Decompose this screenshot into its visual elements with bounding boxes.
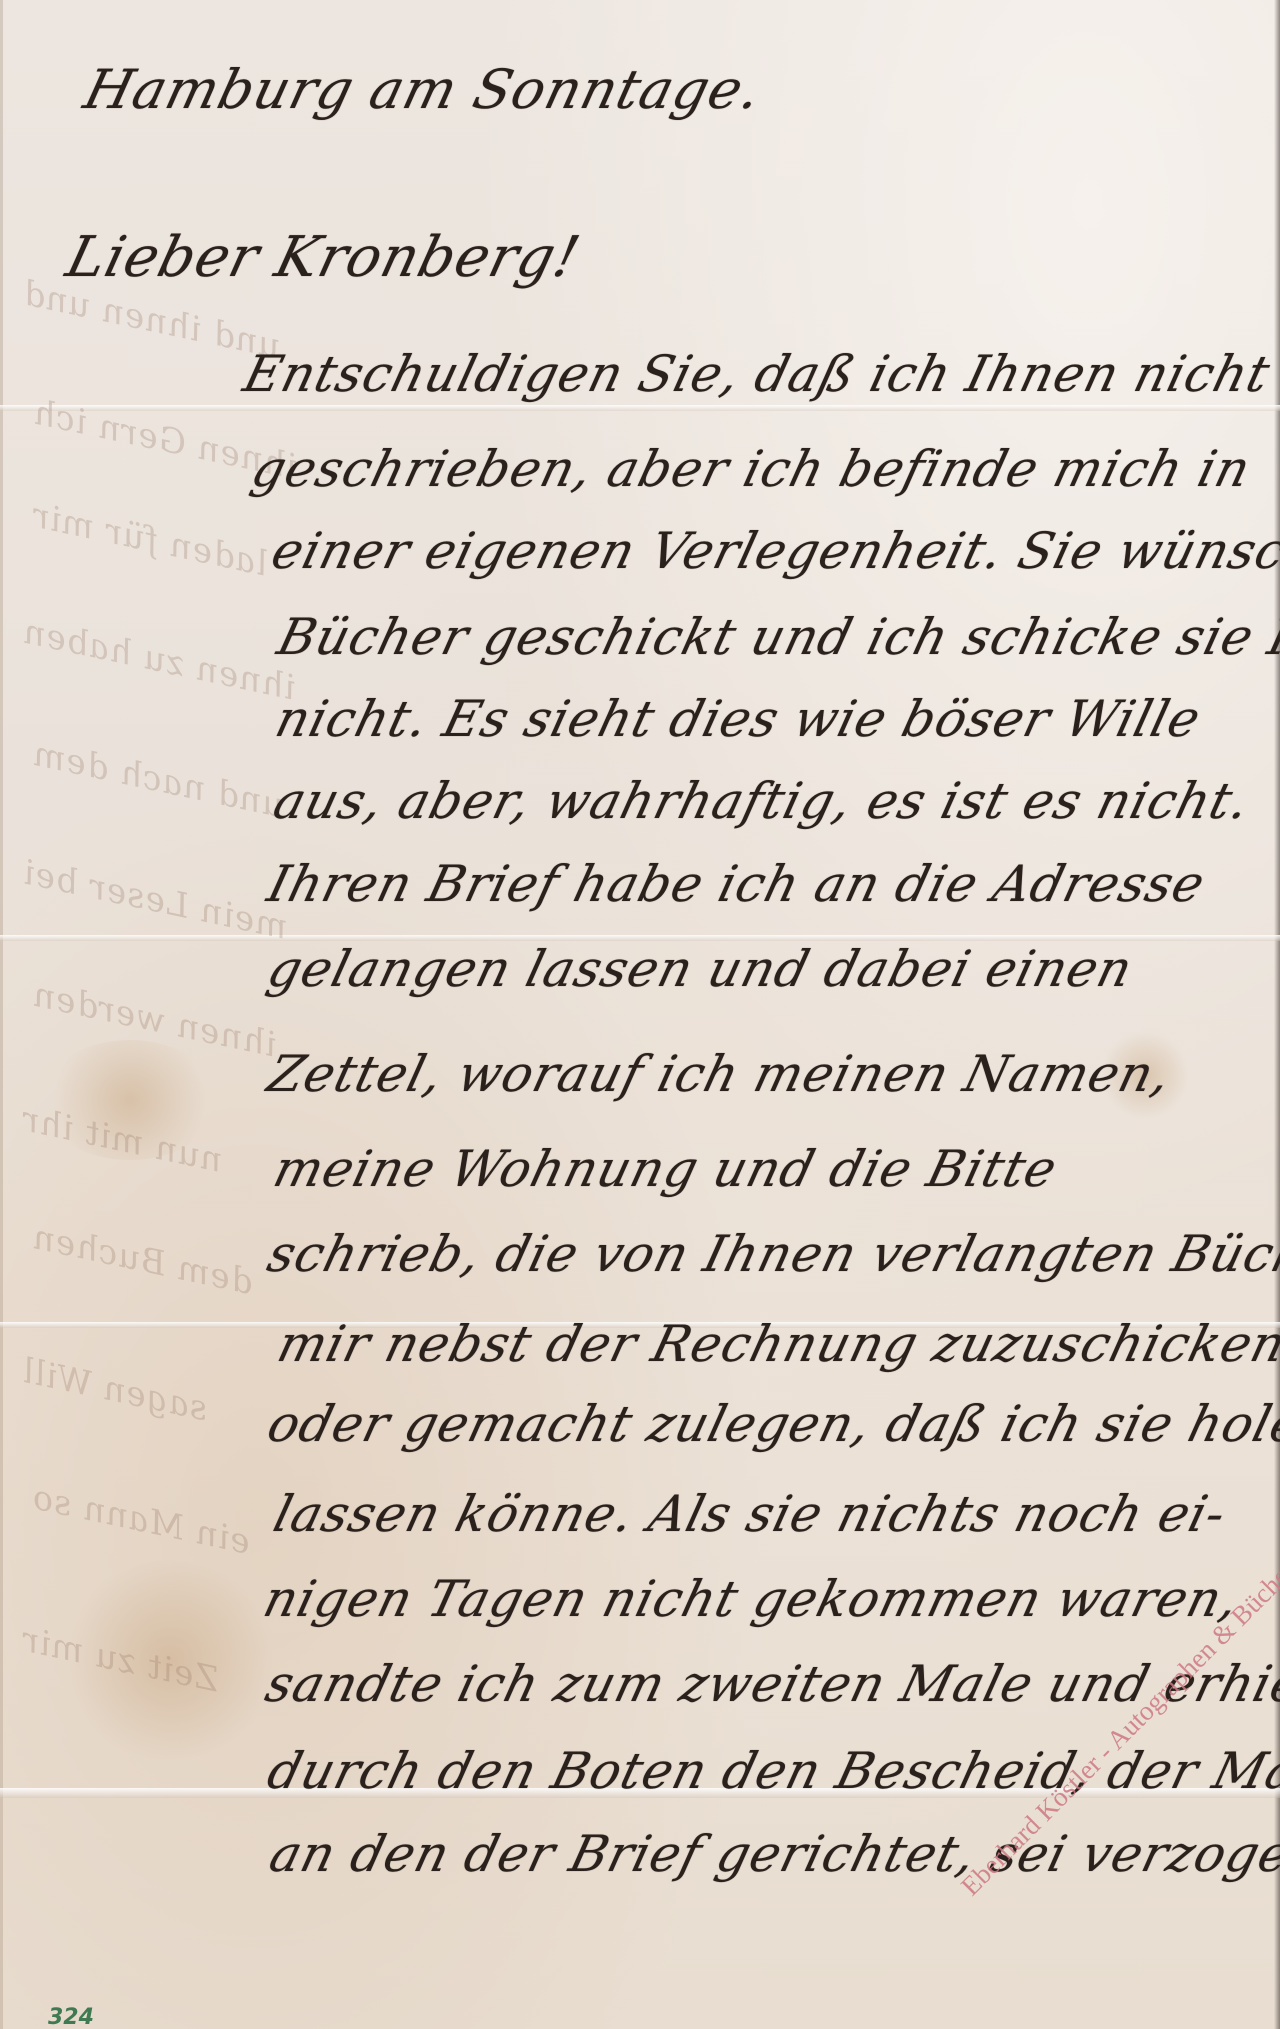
page-right-edge <box>1274 0 1280 2029</box>
letter-body-line: oder gemacht zulegen, daß ich sie holen <box>262 1395 1280 1453</box>
letter-body-line: geschrieben, aber ich befinde mich in <box>246 440 1257 498</box>
letter-body-line: Entschuldigen Sie, daß ich Ihnen nicht <box>238 345 1276 403</box>
letter-body-line: Ihren Brief habe ich an die Adresse <box>262 855 1211 913</box>
ink-bleed-through: dem Buchen <box>28 1217 256 1303</box>
ink-bleed-through: mein Leser bei <box>19 852 291 947</box>
letter-body-line: gelangen lassen und dabei einen <box>262 940 1139 998</box>
ink-bleed-through: und nach dem <box>29 734 288 826</box>
archive-number: 324 <box>48 2005 94 2029</box>
letter-body-line: lassen könne. Als sie nichts noch ei- <box>268 1485 1232 1543</box>
letter-body-line: nigen Tagen nicht gekommen waren, <box>258 1570 1245 1628</box>
ink-bleed-through: ihnen zu haben <box>19 612 299 709</box>
ink-bleed-through: ein Mann so <box>28 1477 254 1562</box>
letter-body-line: mir nebst der Rechnung zuzuschicken <box>272 1315 1280 1373</box>
letter-body-line: Bücher geschickt und ich schicke sie Ihn… <box>272 608 1280 666</box>
letter-body-line: meine Wohnung und die Bitte <box>268 1140 1063 1198</box>
letter-body-line: nicht. Es sieht dies wie böser Wille <box>270 690 1207 748</box>
page-left-edge <box>0 0 3 2029</box>
letter-body-line: schrieb, die von Ihnen verlangten Bücher <box>262 1225 1280 1283</box>
letter-body-line: an den der Brief gerichtet, sei verzogen… <box>264 1825 1280 1883</box>
letter-page: und ihnen und ihnen Gern ich laden für m… <box>0 0 1280 2029</box>
letter-salutation: Lieber Kronberg! <box>60 225 587 290</box>
letter-body-line: einer eigenen Verlegenheit. Sie wünschen <box>266 522 1280 580</box>
letter-body-line: Zettel, worauf ich meinen Namen, <box>262 1045 1177 1103</box>
letter-body-line: sandte ich zum zweiten Male und erhielt <box>260 1655 1280 1713</box>
paper-fold-line <box>0 405 1280 411</box>
ink-bleed-through: laden für mir <box>28 496 271 585</box>
ink-bleed-through: sagen Will <box>18 1351 211 1429</box>
letter-body-line: aus, aber, wahrhaftig, es ist es nicht. <box>268 772 1256 830</box>
letter-place-date: Hamburg am Sonntage. <box>78 58 768 121</box>
